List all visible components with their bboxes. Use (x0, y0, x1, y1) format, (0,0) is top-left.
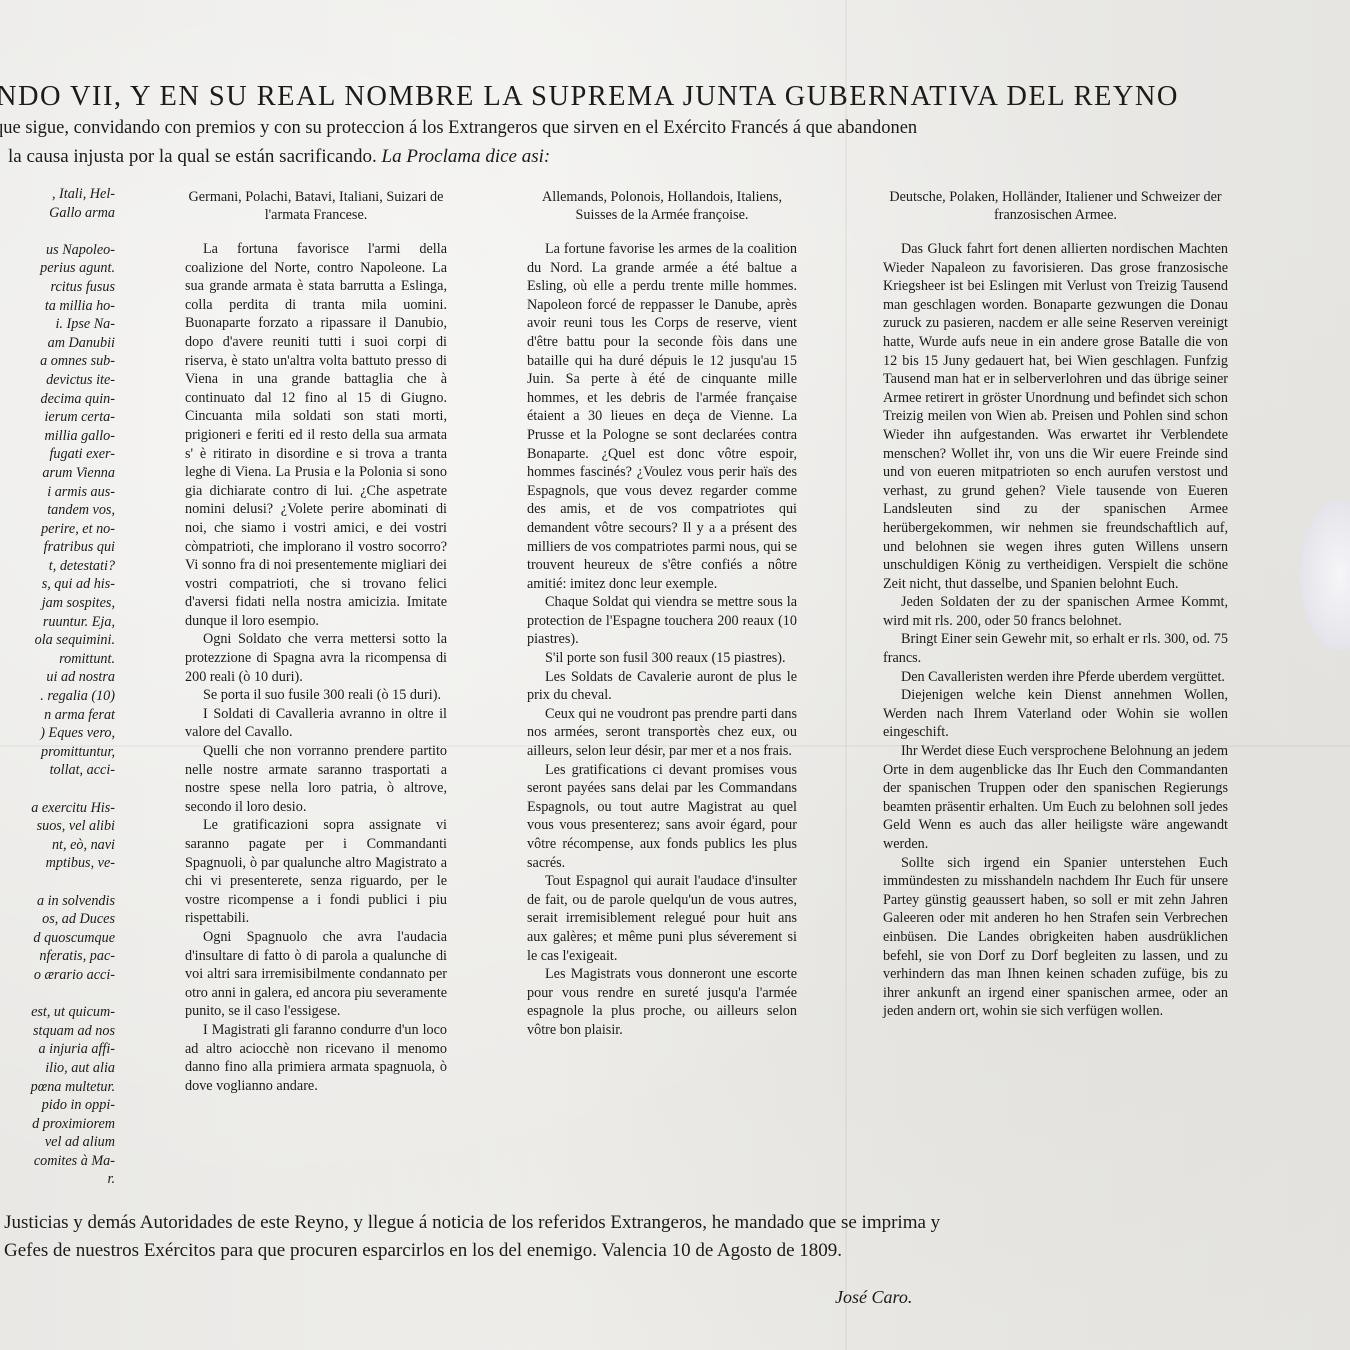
latin-line: am Danubii (0, 334, 115, 353)
latin-line: n arma ferat (0, 706, 115, 725)
paragraph: Les Magistrats vous donneront une escort… (527, 965, 797, 1039)
paragraph: S'il porte son fusil 300 reaux (15 piast… (527, 649, 797, 668)
intro-text: la causa injusta por la qual se están sa… (8, 146, 377, 167)
signature: José Caro. (835, 1287, 912, 1308)
latin-line (0, 985, 115, 1004)
latin-line: nferatis, pac- (0, 947, 115, 966)
french-column: Allemands, Polonois, Hollandois, Italien… (527, 188, 797, 1040)
latin-line: jam sospites, (0, 594, 115, 613)
latin-line: us Napoleo- (0, 241, 115, 260)
latin-line: perius agunt. (0, 259, 115, 278)
latin-line: devictus ite- (0, 371, 115, 390)
italian-column-body: La fortuna favorisce l'armi della coaliz… (185, 240, 447, 1095)
paragraph: Tout Espagnol qui aurait l'audace d'insu… (527, 872, 797, 965)
latin-line: i armis aus- (0, 483, 115, 502)
latin-line: tollat, acci- (0, 761, 115, 780)
latin-line: fratribus qui (0, 538, 115, 557)
paragraph: Den Cavalleristen werden ihre Pferde ube… (883, 668, 1228, 687)
latin-line: a in solvendis (0, 892, 115, 911)
latin-line: pœna multetur. (0, 1078, 115, 1097)
paragraph: Ogni Soldato che verra mettersi sotto la… (185, 630, 447, 686)
paragraph: Bringt Einer sein Gewehr mit, so erhalt … (883, 630, 1228, 667)
latin-line: d proximiorem (0, 1115, 115, 1134)
proclamation-intro-line: que sigue, convidando con premios y con … (0, 118, 917, 139)
latin-line: millia gallo- (0, 427, 115, 446)
latin-line: tandem vos, (0, 501, 115, 520)
latin-line: os, ad Duces (0, 910, 115, 929)
latin-line: a exercitu His- (0, 799, 115, 818)
paragraph: Ogni Spagnuolo che avra l'audacia d'insu… (185, 928, 447, 1021)
latin-line: promittuntur, (0, 743, 115, 762)
closing-line-2: Gefes de nuestros Exércitos para que pro… (4, 1240, 842, 1262)
latin-line: perire, et no- (0, 520, 115, 539)
paragraph: I Soldati di Cavalleria avranno in oltre… (185, 705, 447, 742)
latin-line (0, 873, 115, 892)
latin-line: ierum certa- (0, 408, 115, 427)
french-column-title: Allemands, Polonois, Hollandois, Italien… (527, 188, 797, 224)
paragraph: Chaque Soldat qui viendra se mettre sous… (527, 593, 797, 649)
latin-line: pido in oppi- (0, 1096, 115, 1115)
latin-line: . regalia (10) (0, 687, 115, 706)
italian-column: Germani, Polachi, Batavi, Italiani, Suiz… (185, 188, 447, 1095)
german-column-title: Deutsche, Polaken, Holländer, Italiener … (883, 188, 1228, 224)
paragraph: Jeden Soldaten der zu der spanischen Arm… (883, 593, 1228, 630)
latin-line: ta millia ho- (0, 297, 115, 316)
latin-line: stquam ad nos (0, 1022, 115, 1041)
latin-line (0, 222, 115, 241)
latin-line: , Itali, Hel- (0, 185, 115, 204)
latin-line: decima quin- (0, 390, 115, 409)
french-column-body: La fortune favorise les armes de la coal… (527, 240, 797, 1040)
paragraph: Ihr Werdet diese Euch versprochene Beloh… (883, 742, 1228, 854)
latin-line: s, qui ad his- (0, 575, 115, 594)
paragraph: Ceux qui ne voudront pas prendre parti d… (527, 705, 797, 761)
paragraph: Das Gluck fahrt fort denen allierten nor… (883, 240, 1228, 593)
paragraph: Les Soldats de Cavalerie auront de plus … (527, 668, 797, 705)
latin-line: a omnes sub- (0, 352, 115, 371)
german-column: Deutsche, Polaken, Holländer, Italiener … (883, 188, 1228, 1021)
paragraph: La fortuna favorisce l'armi della coaliz… (185, 240, 447, 630)
latin-line: rcitus fusus (0, 278, 115, 297)
paragraph: I Magistrati gli faranno condurre d'un l… (185, 1021, 447, 1095)
paragraph: La fortune favorise les armes de la coal… (527, 240, 797, 593)
german-column-body: Das Gluck fahrt fort denen allierten nor… (883, 240, 1228, 1021)
latin-line: romittunt. (0, 650, 115, 669)
latin-line: fugati exer- (0, 445, 115, 464)
latin-line: r. (0, 1170, 115, 1189)
closing-line-1: s Justicias y demás Autoridades de este … (0, 1212, 940, 1234)
intro-italic: La Proclama dice asi: (382, 146, 551, 167)
latin-line: ) Eques vero, (0, 724, 115, 743)
latin-line: i. Ipse Na- (0, 315, 115, 334)
latin-line: Gallo arma (0, 204, 115, 223)
latin-line: mptibus, ve- (0, 854, 115, 873)
paper-stain (1300, 500, 1350, 650)
latin-line (0, 780, 115, 799)
paper-fold-vertical (845, 0, 847, 1350)
latin-line: t, detestati? (0, 557, 115, 576)
latin-line: ilio, aut alia (0, 1059, 115, 1078)
latin-line: arum Vienna (0, 464, 115, 483)
italian-column-title: Germani, Polachi, Batavi, Italiani, Suiz… (185, 188, 447, 224)
latin-line: ui ad nostra (0, 668, 115, 687)
latin-line: nt, eò, navi (0, 836, 115, 855)
latin-line: a injuria affi- (0, 1040, 115, 1059)
paragraph: Sollte sich irgend ein Spanier untersteh… (883, 854, 1228, 1021)
paragraph: Le gratificazioni sopra assignate vi sar… (185, 816, 447, 928)
paragraph: Diejenigen welche kein Dienst annehmen W… (883, 686, 1228, 742)
proclamation-heading: NDO VII, Y EN SU REAL NOMBRE LA SUPREMA … (0, 80, 1231, 113)
latin-line: est, ut quicum- (0, 1003, 115, 1022)
latin-line: comites à Ma- (0, 1152, 115, 1171)
paragraph: Les gratifications ci devant promises vo… (527, 761, 797, 873)
latin-column: , Itali, Hel-Gallo arma us Napoleo-periu… (0, 185, 115, 1189)
latin-line: vel ad alium (0, 1133, 115, 1152)
latin-line: ola sequimini. (0, 631, 115, 650)
paragraph: Se porta il suo fusile 300 reali (ò 15 d… (185, 686, 447, 705)
latin-line: suos, vel alibi (0, 817, 115, 836)
latin-line: d quoscumque (0, 929, 115, 948)
paragraph: Quelli che non vorranno prendere partito… (185, 742, 447, 816)
latin-line: o ærario acci- (0, 966, 115, 985)
latin-line: ruuntur. Eja, (0, 613, 115, 632)
proclamation-intro-line-2: la causa injusta por la qual se están sa… (8, 146, 550, 168)
